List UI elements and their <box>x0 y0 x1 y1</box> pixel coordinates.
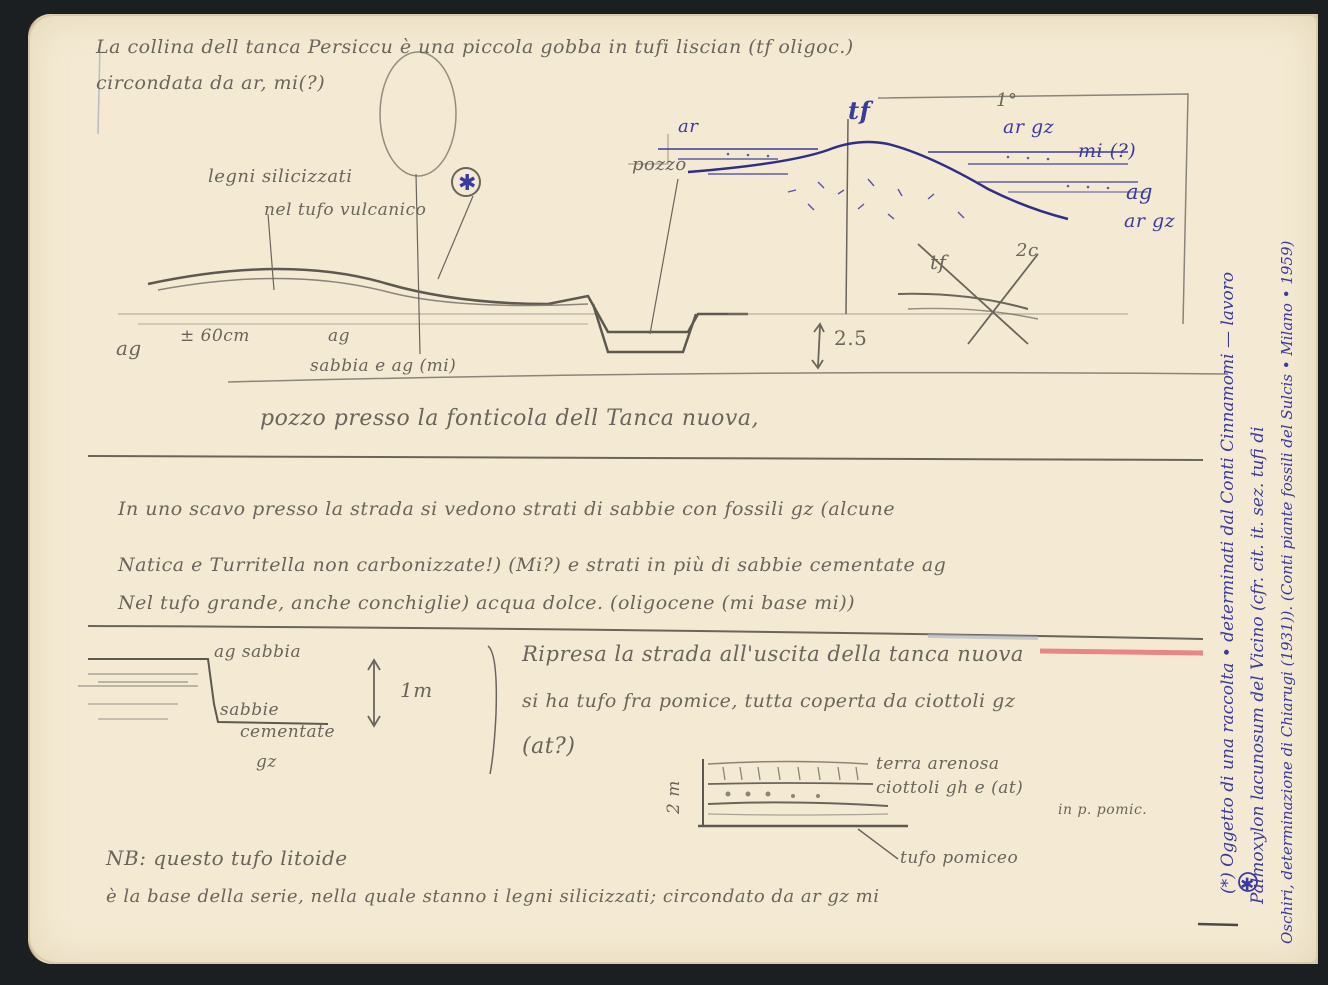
paragraph-2-line-1: Ripresa la strada all'uscita della tanca… <box>522 642 1024 666</box>
label-ag-sabbia: ag sabbia <box>214 642 301 662</box>
paragraph-1-line-1: In uno scavo presso la strada si vedono … <box>118 498 895 520</box>
label-nel-tufo: nel tufo vulcanico <box>264 200 426 220</box>
label-ciottoli: ciottoli gh e (at) <box>876 778 1023 798</box>
label-ag-mid: ag <box>328 326 350 346</box>
label-ar-gz-2: ar gz <box>1124 210 1175 232</box>
label-1m: 1m <box>400 678 433 702</box>
label-in-pomic: in p. pomic. <box>1058 802 1147 818</box>
margin-note-line-1: (*) Oggetto di una raccolta • determinat… <box>1218 14 1238 894</box>
header-line-2: circondata da ar, mi(?) <box>96 72 325 94</box>
label-tufo-pomiceo: tufo pomiceo <box>900 848 1018 868</box>
label-sabbie: sabbie <box>220 700 279 720</box>
label-cementate: cementate <box>240 722 335 742</box>
footer-line-1: NB: questo tufo litoide <box>106 846 348 870</box>
label-tf-2: tf <box>930 250 946 274</box>
paragraph-1-line-3: Nel tufo grande, anche conchiglie) acqua… <box>118 592 855 614</box>
label-ag-left: ag <box>116 336 142 360</box>
label-legni-silicizzati: legni silicizzati <box>208 166 353 187</box>
label-ar-gz: ar gz <box>1003 116 1054 138</box>
footer-line-2: è la base della serie, nella quale stann… <box>106 886 879 907</box>
paragraph-1-line-2: Natica e Turritella non carbonizzate!) (… <box>118 554 946 576</box>
margin-note-line-2: Palmoxylon lacunosum del Vicino (cfr. ci… <box>1248 24 1268 904</box>
label-mi-question: mi (?) <box>1078 140 1136 162</box>
label-terra-arenosa: terra arenosa <box>876 754 1000 774</box>
notebook-page: ✱ <box>28 14 1318 964</box>
margin-note-line-3: Oschiri, determinazione di Chiarugi (193… <box>1278 24 1296 944</box>
svg-text:✱: ✱ <box>458 171 476 196</box>
label-ar: ar <box>678 116 698 137</box>
label-pozzo: pozzo <box>632 154 687 175</box>
label-2c: 2c <box>1016 240 1039 261</box>
label-scale-1deg: 1° <box>996 90 1017 111</box>
label-depth-2-5: 2.5 <box>834 326 867 350</box>
label-2m: 2 m <box>664 780 684 814</box>
label-tf: tf <box>848 96 870 125</box>
label-gz: gz <box>256 752 277 772</box>
paragraph-2-line-2: si ha tufo fra pomice, tutta coperta da … <box>522 690 1015 712</box>
paragraph-2-line-3: (at?) <box>522 734 575 759</box>
label-ag-right: ag <box>1126 180 1153 204</box>
label-60cm: ± 60cm <box>180 326 250 346</box>
header-line-1: La collina dell tanca Persiccu è una pic… <box>96 36 854 58</box>
caption-pozzo: pozzo presso la fonticola dell Tanca nuo… <box>260 406 759 431</box>
label-sabbia-ag: sabbia e ag (mi) <box>310 356 456 376</box>
